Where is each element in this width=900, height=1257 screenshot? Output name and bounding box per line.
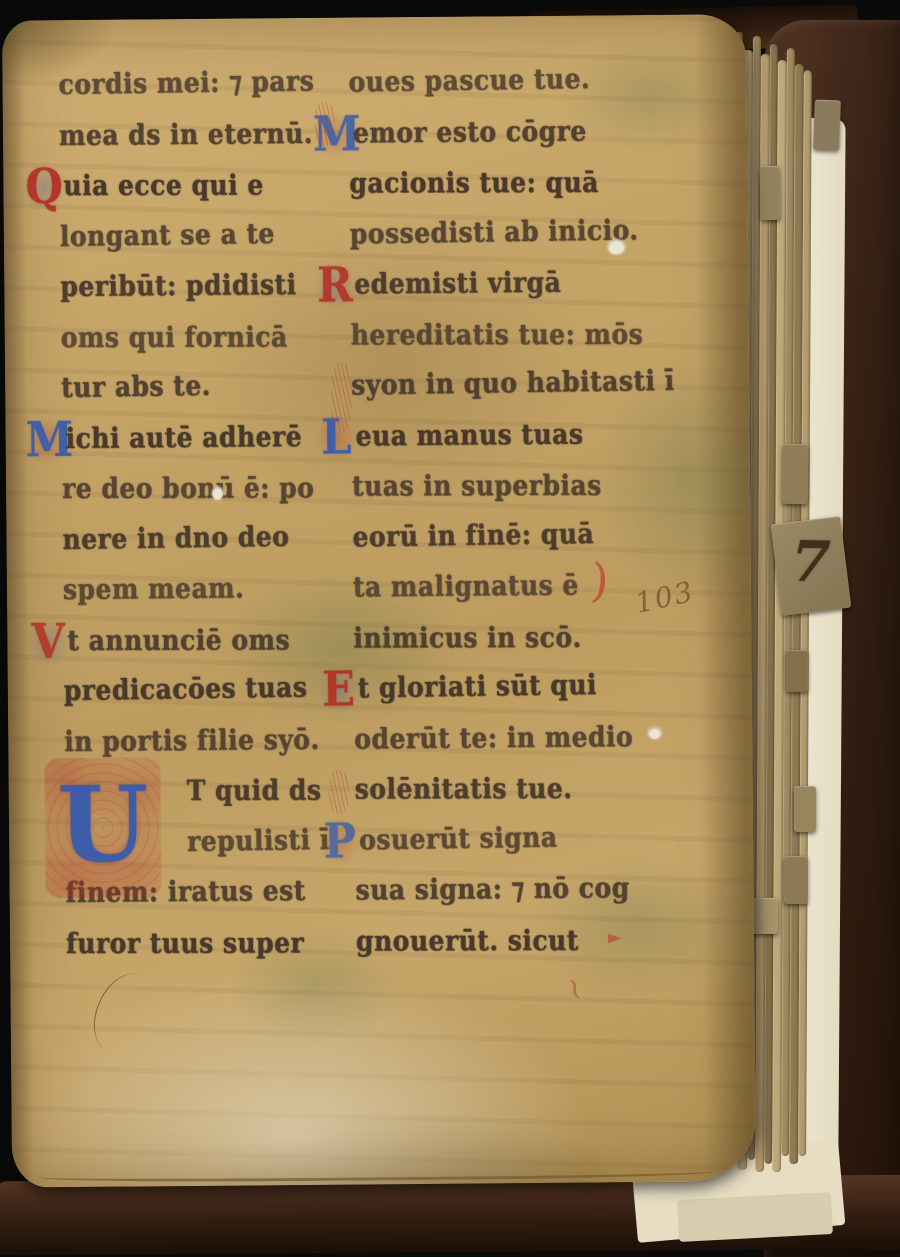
manuscript-text-line: cordis mei: ⁊ pars <box>58 53 355 114</box>
manuscript-text-line: Leua manus tuas <box>351 405 667 464</box>
illuminated-initial: V <box>27 618 69 666</box>
line-text: osuerūt signa <box>359 820 558 855</box>
line-text: ichi autē adherē <box>65 420 302 455</box>
illuminated-initial: P <box>319 818 362 867</box>
illuminated-initial: M <box>25 416 67 465</box>
fore-edge-tab <box>760 166 781 220</box>
line-text: mea ds in eternū. <box>59 117 313 152</box>
flyleaf-paper-bottom <box>677 1192 833 1242</box>
line-text: sua signa: ⁊ nō cog <box>355 871 629 906</box>
penwork-flourish <box>315 102 335 146</box>
red-margin-mark <box>608 933 622 943</box>
big-initial-letter: U <box>44 757 161 892</box>
parchment-hole <box>608 239 625 254</box>
manuscript-text-line: predicacōes tuas <box>63 659 360 720</box>
line-text: gnouerūt. sicut <box>356 924 579 957</box>
line-text: hereditatis tue: mōs <box>351 317 644 350</box>
manuscript-text-line: furor tuus super <box>66 915 362 972</box>
manuscript-text-line: sua signa: ⁊ nō cog <box>355 860 671 919</box>
manuscript-text-line: tur abs te. <box>61 356 358 417</box>
line-text: tuas in superbias <box>352 469 602 502</box>
page-bottom-edge <box>38 1162 716 1183</box>
line-text: emor esto cōgre <box>353 114 587 149</box>
manuscript-page: cordis mei: ⁊ parsmea ds in eternū.Quia … <box>2 14 756 1187</box>
stray-hair <box>82 964 168 1064</box>
line-text: solēnitatis tue. <box>355 772 573 805</box>
fore-edge-tab-marked: 7 <box>771 516 852 616</box>
line-text: T quid ds <box>187 774 322 807</box>
line-text: t gloriati sūt qui <box>358 668 598 704</box>
line-text: edemisti virgā <box>354 266 561 300</box>
manuscript-text-line: Michi autē adherē <box>61 408 357 467</box>
line-text: predicacōes tuas <box>64 671 308 707</box>
illuminated-initial: R <box>314 262 356 311</box>
line-text: oms qui fornicā <box>61 320 288 353</box>
illuminated-initial: E <box>317 666 360 715</box>
line-text: syon in quo habitasti ī <box>351 364 675 401</box>
line-text: uia ecce qui e <box>63 169 263 202</box>
manuscript-text-line: peribūt: pdidisti <box>60 257 356 316</box>
line-text: oues pascue tue. <box>348 62 590 98</box>
line-text: re deo bonū ē: po <box>62 472 314 505</box>
manuscript-text-line: syon in quo habitasti ī <box>351 353 668 414</box>
line-text: oderūt te: in medio <box>354 720 633 755</box>
line-text: ta malignatus ē <box>353 569 579 603</box>
manuscript-text-line: gnouerūt. sicut <box>356 912 672 969</box>
manuscript-text-line: Memor esto cōgre <box>349 102 665 161</box>
line-text: t annunciē oms <box>67 623 290 656</box>
fore-edge-tab <box>750 898 778 934</box>
line-text: eua manus tuas <box>355 417 583 451</box>
line-text: possedisti ab inicio. <box>350 213 639 250</box>
line-text: nere in dno deo <box>62 519 289 555</box>
line-text: tur abs te. <box>61 369 211 404</box>
illuminated-initial-large: U <box>44 757 161 898</box>
penwork-flourish <box>331 362 352 432</box>
line-text: repulisti ī <box>187 823 330 858</box>
parchment-hole <box>212 487 223 500</box>
parchment-hole <box>648 727 661 739</box>
fore-edge-tab <box>786 650 808 692</box>
fore-edge-tab <box>794 786 816 832</box>
line-text: longant se a te <box>60 217 275 253</box>
line-text: gacionis tue: quā <box>349 166 599 199</box>
illuminated-initial: Q <box>23 164 65 212</box>
manuscript-text-line: Et gloriati sūt qui <box>353 656 670 717</box>
manuscript-text-line: mea ds in eternū. <box>59 105 355 164</box>
penwork-flourish <box>328 770 348 814</box>
line-text: in portis filie syō. <box>64 723 320 758</box>
manuscript-text-line: Redemisti virgā <box>350 254 666 313</box>
manuscript-photo: 7 cordis mei: ⁊ parsmea ds in eternū.Qui… <box>0 0 900 1257</box>
line-text: eorū in finē: quā <box>352 517 594 553</box>
red-pen-trial: ~ <box>555 972 596 1006</box>
line-text: spem meam. <box>63 572 245 606</box>
fore-edge-tab <box>781 444 808 504</box>
line-text: furor tuus super <box>66 926 304 959</box>
fore-edge-tab <box>784 856 808 904</box>
manuscript-text-line: ta malignatus ē <box>353 557 669 616</box>
line-text: cordis mei: ⁊ pars <box>58 65 314 101</box>
tab-ink-mark: 7 <box>766 520 855 605</box>
manuscript-text-line: spem meam. <box>63 559 359 618</box>
line-text: peribūt: pdidisti <box>60 268 297 303</box>
manuscript-text-line: oues pascue tue. <box>348 50 665 111</box>
fore-edge-tab <box>813 100 841 151</box>
text-column-right: oues pascue tue.Memor esto cōgregacionis… <box>348 55 672 967</box>
manuscript-text-line: oderūt te: in medio <box>354 708 670 767</box>
line-text: inimicus in scō. <box>353 621 581 654</box>
